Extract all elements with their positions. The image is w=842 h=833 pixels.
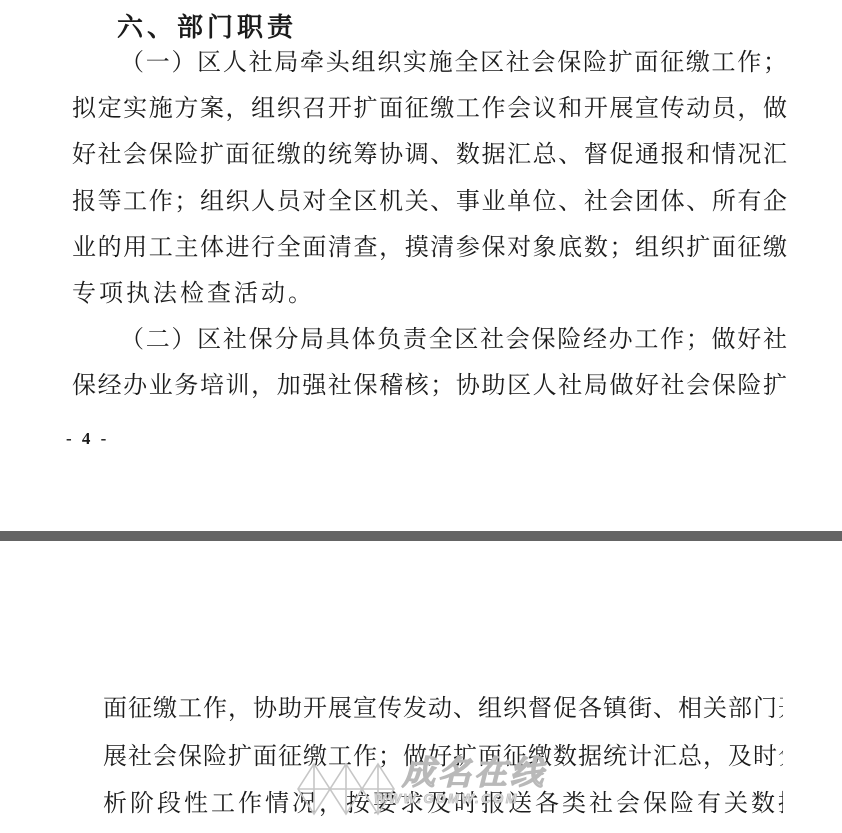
paragraph1-line: 业的用工主体进行全面清查，摸清参保对象底数；组织扩面征缴 [72, 225, 788, 271]
page-separator-bar [0, 531, 842, 541]
page2-line: 析阶段性工作情况，按要求及时报送各类社会保险有关数据。 [103, 781, 783, 829]
paragraph1-line: 报等工作；组织人员对全区机关、事业单位、社会团体、所有企 [72, 179, 788, 225]
page2-line: 面征缴工作，协助开展宣传发动、组织督促各镇街、相关部门开 [103, 686, 783, 734]
paragraph1-line: （一）区人社局牵头组织实施全区社会保险扩面征缴工作； [72, 40, 788, 86]
paragraph1-line: 拟定实施方案，组织召开扩面征缴工作会议和开展宣传动员，做 [72, 86, 788, 132]
page-number: - 4 - [66, 429, 109, 449]
scanned-document-view: { "page1": { "heading": "六、部门职责", "para1… [0, 0, 842, 833]
section-heading: 六、部门职责 [117, 7, 297, 44]
page2-line: 展社会保险扩面征缴工作；做好扩面征缴数据统计汇总，及时分 [103, 734, 783, 782]
paragraph1-line: 专项执法检查活动。 [72, 271, 788, 317]
page2-body: 面征缴工作，协助开展宣传发动、组织督促各镇街、相关部门开 展社会保险扩面征缴工作… [103, 686, 783, 829]
paragraph2-line: 保经办业务培训，加强社保稽核；协助区人社局做好社会保险扩 [72, 363, 788, 409]
page1-body: （一）区人社局牵头组织实施全区社会保险扩面征缴工作； 拟定实施方案，组织召开扩面… [72, 40, 788, 410]
paragraph1-line: 好社会保险扩面征缴的统筹协调、数据汇总、督促通报和情况汇 [72, 132, 788, 178]
paragraph2-line: （二）区社保分局具体负责全区社会保险经办工作；做好社 [72, 317, 788, 363]
